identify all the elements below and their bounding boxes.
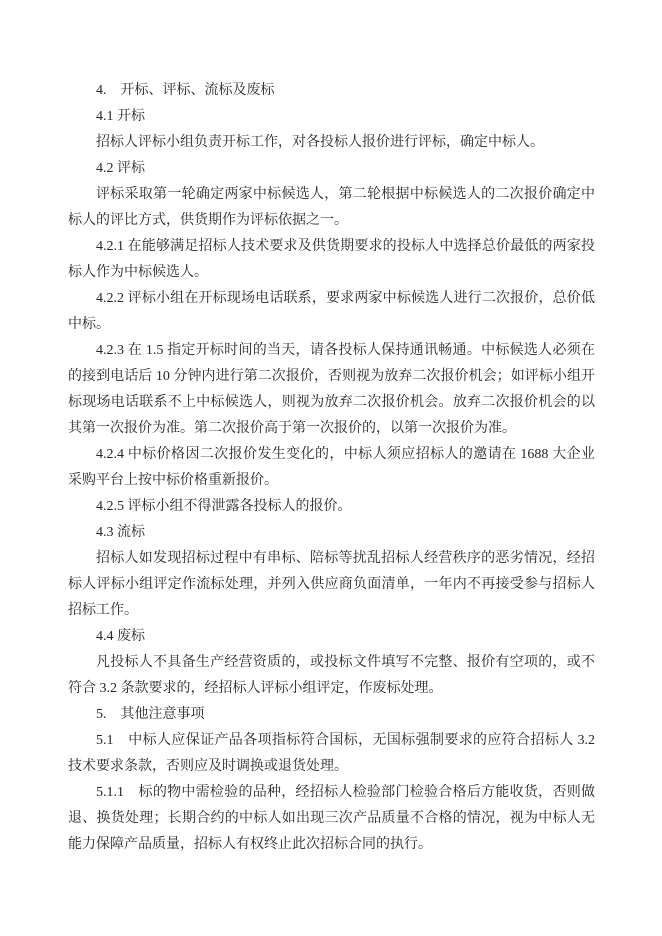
document-page: 4. 开标、评标、流标及废标 4.1 开标 招标人评标小组负责开标工作，对各投标… (0, 0, 662, 936)
section-4-heading: 4. 开标、评标、流标及废标 (68, 78, 595, 104)
clause-5-1-1: 5.1.1 标的物中需检验的品种，经招标人检验部门检验合格后方能收货，否则做退、… (68, 780, 595, 858)
clause-5-1: 5.1 中标人应保证产品各项指标符合国标，无国标强制要求的应符合招标人 3.2 … (68, 728, 595, 780)
clause-4-2-2: 4.2.2 评标小组在开标现场电话联系，要求两家中标候选人进行二次报价，总价低中… (68, 286, 595, 338)
clause-4-2-3: 4.2.3 在 1.5 指定开标时间的当天，请各投标人保持通讯畅通。中标候选人必… (68, 338, 595, 442)
clause-4-4-heading: 4.4 废标 (68, 624, 595, 650)
clause-4-2-body: 评标采取第一轮确定两家中标候选人，第二轮根据中标候选人的二次报价确定中标人的评比… (68, 182, 595, 234)
section-5-heading: 5. 其他注意事项 (68, 702, 595, 728)
clause-4-1-heading: 4.1 开标 (68, 104, 595, 130)
clause-4-2-4: 4.2.4 中标价格因二次报价发生变化的，中标人须应招标人的邀请在 1688 大… (68, 442, 595, 494)
clause-4-3-heading: 4.3 流标 (68, 520, 595, 546)
clause-4-1-body: 招标人评标小组负责开标工作，对各投标人报价进行评标，确定中标人。 (68, 130, 595, 156)
clause-4-3-body: 招标人如发现招标过程中有串标、陪标等扰乱招标人经营秩序的恶劣情况，经招标人评标小… (68, 546, 595, 624)
clause-4-4-body: 凡投标人不具备生产经营资质的，或投标文件填写不完整、报价有空项的，或不符合 3.… (68, 650, 595, 702)
clause-4-2-1: 4.2.1 在能够满足招标人技术要求及供货期要求的投标人中选择总价最低的两家投标… (68, 234, 595, 286)
clause-4-2-5: 4.2.5 评标小组不得泄露各投标人的报价。 (68, 494, 595, 520)
clause-4-2-heading: 4.2 评标 (68, 156, 595, 182)
